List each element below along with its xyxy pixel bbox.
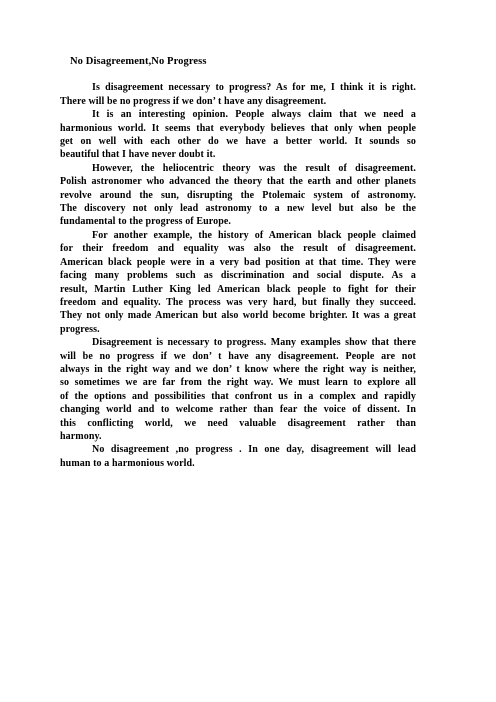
essay-title: No Disagreement,No Progress bbox=[60, 55, 416, 68]
paragraph-line: For another example, the history of Amer… bbox=[60, 229, 416, 242]
essay: No Disagreement,No Progress Is disagreem… bbox=[60, 55, 416, 470]
paragraph-line: There will be no progress if we don’ t h… bbox=[60, 95, 416, 108]
document-page: No Disagreement,No Progress Is disagreem… bbox=[0, 0, 496, 702]
paragraph-line: Disagreement is necessary to progress. M… bbox=[60, 336, 416, 349]
paragraph-line: result, Martin Luther King led American … bbox=[60, 283, 416, 296]
paragraph-line: get on well with each other do we have a… bbox=[60, 135, 416, 148]
paragraph-line: will be no progress if we don’ t have an… bbox=[60, 350, 416, 363]
paragraph-line: freedom and equality. The process was ve… bbox=[60, 296, 416, 309]
paragraph: For another example, the history of Amer… bbox=[60, 229, 416, 336]
paragraph: Disagreement is necessary to progress. M… bbox=[60, 336, 416, 443]
paragraph-line: However, the heliocentric theory was the… bbox=[60, 162, 416, 175]
paragraph: No disagreement ,no progress . In one da… bbox=[60, 443, 416, 470]
paragraph-line: revolve around the sun, disrupting the P… bbox=[60, 189, 416, 202]
paragraph-line: human to a harmonious world. bbox=[60, 457, 416, 470]
paragraph-line: American black people were in a very bad… bbox=[60, 256, 416, 269]
paragraph-line: progress. bbox=[60, 323, 416, 336]
paragraph-line: always in the right way and we don’ t kn… bbox=[60, 363, 416, 376]
paragraph: However, the heliocentric theory was the… bbox=[60, 162, 416, 229]
paragraph-line: harmony. bbox=[60, 430, 416, 443]
paragraph-line: harmonious world. It seems that everybod… bbox=[60, 122, 416, 135]
paragraph-line: It is an interesting opinion. People alw… bbox=[60, 108, 416, 121]
paragraph-line: fundamental to the progress of Europe. bbox=[60, 215, 416, 228]
paragraph-line: Polish astronomer who advanced the theor… bbox=[60, 175, 416, 188]
paragraph-line: The discovery not only lead astronomy to… bbox=[60, 202, 416, 215]
paragraph-line: this conflicting world, we need valuable… bbox=[60, 417, 416, 430]
paragraph-line: Is disagreement necessary to progress? A… bbox=[60, 81, 416, 94]
paragraph-line: so sometimes we are far from the right w… bbox=[60, 376, 416, 389]
paragraph-line: They not only made American but also wor… bbox=[60, 309, 416, 322]
paragraph-line: for their freedom and equality was also … bbox=[60, 242, 416, 255]
essay-body: Is disagreement necessary to progress? A… bbox=[60, 81, 416, 470]
paragraph: It is an interesting opinion. People alw… bbox=[60, 108, 416, 162]
paragraph-line: facing many problems such as discriminat… bbox=[60, 269, 416, 282]
paragraph-line: No disagreement ,no progress . In one da… bbox=[60, 443, 416, 456]
paragraph-line: changing world and to welcome rather tha… bbox=[60, 403, 416, 416]
paragraph-line: of the options and possibilities that co… bbox=[60, 390, 416, 403]
paragraph: Is disagreement necessary to progress? A… bbox=[60, 81, 416, 108]
paragraph-line: beautiful that I have never doubt it. bbox=[60, 148, 416, 161]
